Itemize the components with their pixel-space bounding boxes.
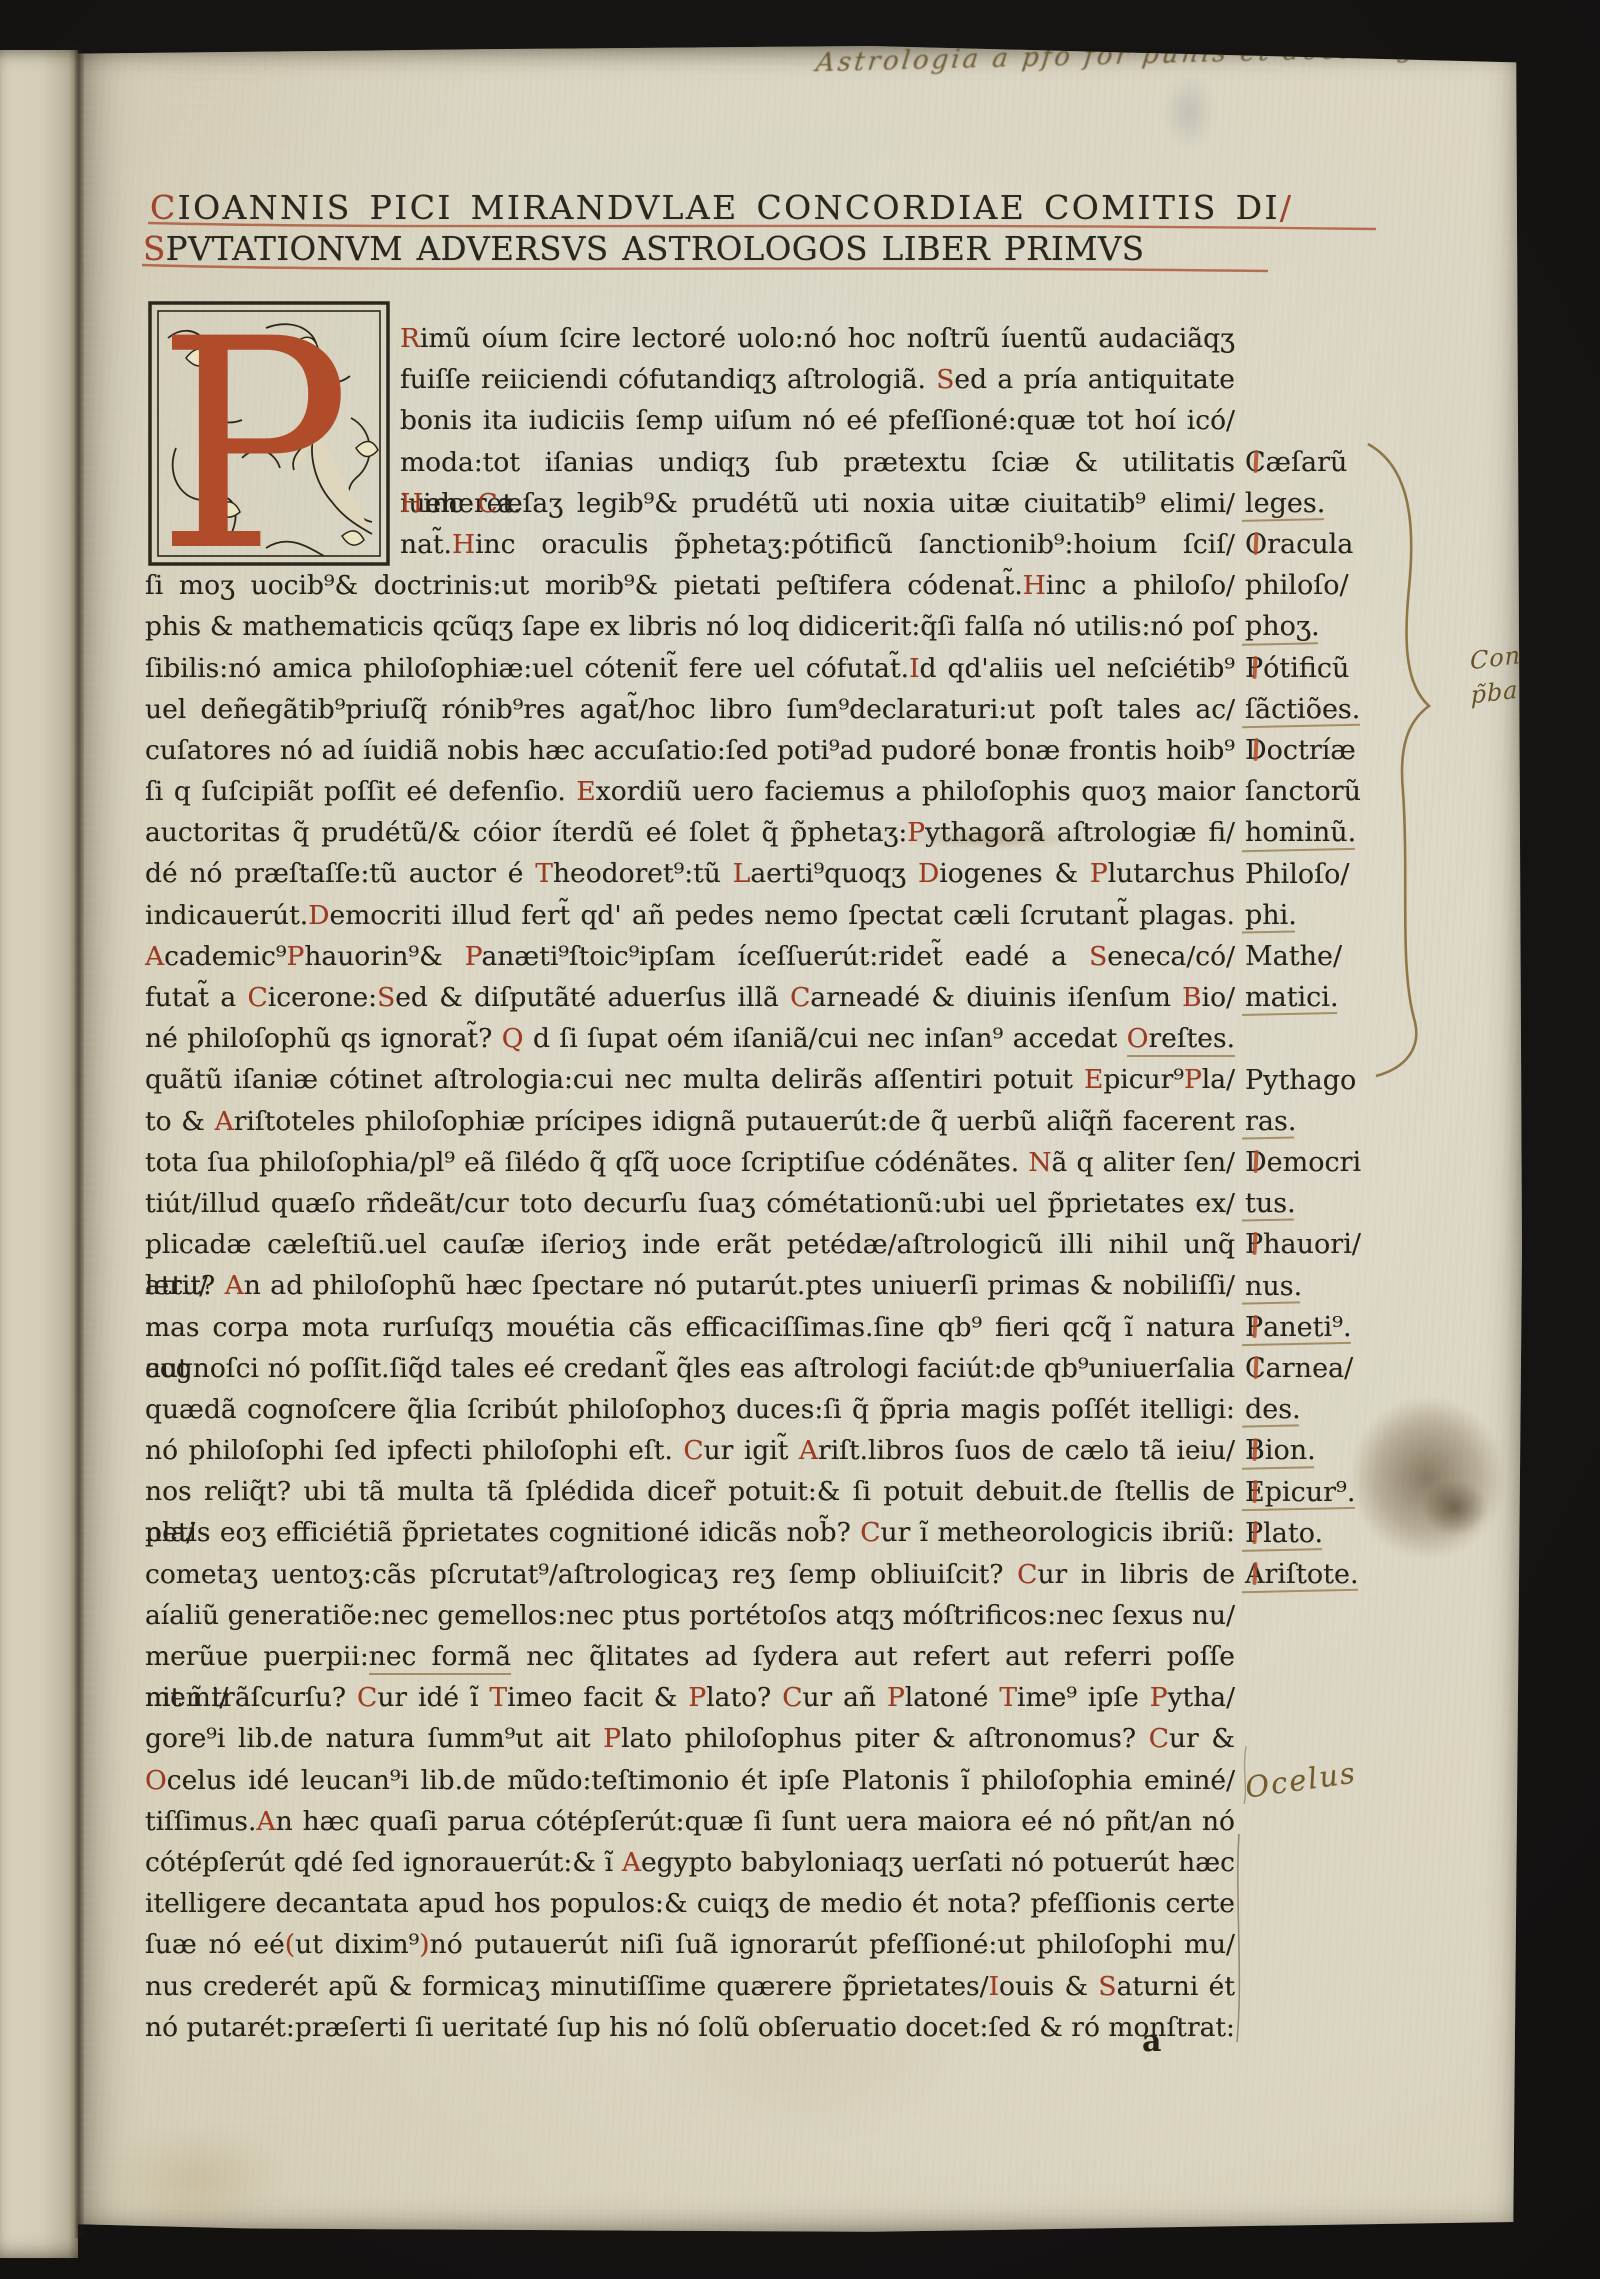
body-line: futat̃ a Cicerone:Sed & diſputãté aduerſ…: [145, 977, 1235, 1018]
book-page: Astrologia a pfo for punis et doct regou…: [76, 46, 1522, 2234]
body-line: Ocelus idé leucan⁹i lib.de mũdo:teſtimon…: [145, 1760, 1235, 1801]
margin-note: phi.: [1245, 895, 1297, 936]
body-line: plicadæ cæleſtiũ.uel cauſæ iſerioʒ inde …: [145, 1224, 1235, 1265]
body-line: nat̃.Hinc oraculis p̃phetaʒ:pótificũ ſan…: [400, 524, 1235, 565]
body-line: nos reliq̃t? ubi tã multa tã ſplédida di…: [145, 1471, 1235, 1512]
handwritten-margin-note: Ocelus: [1243, 1752, 1360, 1808]
body-line: fuiſſe reiiciendi cófutandiqʒ aſtrologiã…: [400, 359, 1235, 400]
margin-note: phoʒ.: [1245, 606, 1320, 647]
margin-notes: Cæſarũleges.Oraculaphiloſo/phoʒ.Pótificũ…: [1245, 318, 1522, 2118]
margin-note: Cæſarũ: [1245, 442, 1347, 483]
photograph-of-book: Astrologia a pfo for punis et doct regou…: [0, 0, 1600, 2279]
handwritten-inscription: Astrologia a pfo for punis et doct regou: [814, 32, 1497, 79]
body-line: nit ĩ trãſcurſu? Cur idé ĩ Timeo facit &…: [145, 1677, 1235, 1718]
body-line: quãtũ iſaniæ cótinet aſtrologia:cui nec …: [145, 1059, 1235, 1100]
handwritten-side-note: Confutã p̃bat̃ a: [1470, 632, 1574, 713]
foxing-stain: [102, 2096, 342, 2236]
margin-note: nus.: [1245, 1266, 1302, 1307]
title-line-2: SPVTATIONVM ADVERSVS ASTROLOGOS LIBER PR…: [143, 230, 1144, 268]
body-line: to & Ariſtoteles philoſophiæ prícipes id…: [145, 1101, 1235, 1142]
body-line: nó putarét:præſerti ſi ueritaté ſup his …: [145, 2007, 1235, 2048]
margin-note: ſanctorũ: [1245, 771, 1361, 812]
margin-note: leges.: [1245, 483, 1325, 524]
body-line: ſibilis:nó amica philoſophiæ:uel cótenit…: [145, 648, 1235, 689]
body-line: aíaliũ generatiõe:nec gemellos:nec ptus …: [145, 1595, 1235, 1636]
body-line: netis eoʒ efficiétiã p̃prietates cogniti…: [145, 1512, 1235, 1553]
reader-ink-stroke: [1237, 1834, 1239, 2042]
body-line: phis & mathematicis qcũqʒ ſape ex libris…: [145, 606, 1235, 647]
body-line: ſuæ nó eé(ut dixim⁹)nó putauerút niſi ſu…: [145, 1924, 1235, 1965]
body-line: auctoritas q̃ prudétũ/& cóior íterdũ eé …: [145, 812, 1235, 853]
margin-note: Ariſtote.: [1245, 1554, 1359, 1595]
gutter-crease: [74, 46, 84, 2238]
margin-note: tus.: [1245, 1183, 1296, 1224]
body-line: Academic⁹Phauorin⁹& Panæti⁹ſtoic⁹ipſam í…: [145, 936, 1235, 977]
margin-note: Bion.: [1245, 1430, 1316, 1471]
body-line: dé nó præſtaſſe:tũ auctor é Theodoret⁹:t…: [145, 853, 1235, 894]
margin-note: hominũ.: [1245, 812, 1356, 853]
margin-note: Doctríæ: [1245, 730, 1356, 771]
body-line: ſi q ſuſcipiãt poſſit eé defenſio. Exord…: [145, 771, 1235, 812]
margin-note: Plato.: [1245, 1513, 1323, 1554]
body-line: ſi moʒ uocib⁹& doctrinis:ut morib⁹& piet…: [145, 565, 1235, 606]
body-line: nus crederét apũ & formicaʒ minutiſſime …: [145, 1966, 1235, 2007]
body-line: cuſatores nó ad íuidiã nobis hæc accuſat…: [145, 730, 1235, 771]
margin-note: Pythago: [1245, 1060, 1356, 1101]
body-line: moda:tot iſanias undiqʒ ſub prætextu ſci…: [400, 442, 1235, 483]
body-line: bonis ita iudiciis ſemp uiſum nó eé pfeſ…: [400, 400, 1235, 441]
margin-note: Democri: [1245, 1142, 1361, 1183]
margin-note: des.: [1245, 1389, 1301, 1430]
margin-note: Paneti⁹.: [1245, 1307, 1352, 1348]
body-line: cometaʒ uentoʒ:cãs pſcrutat⁹/aſtrologica…: [145, 1554, 1235, 1595]
margin-note: Phauori/: [1245, 1224, 1361, 1265]
margin-note: ſãctiões.: [1245, 689, 1360, 730]
margin-note: matici.: [1245, 977, 1339, 1018]
body-line: indicauerút.Democriti illud fert̃ qd' añ…: [145, 895, 1235, 936]
body-line: tiſſimus.An hæc quaſi parua cótépſerút:q…: [145, 1801, 1235, 1842]
body-line: cótépſerút qdé ſed ignorauerút:& ĩ Aegyp…: [145, 1842, 1235, 1883]
body-line: quædã cognoſcere q̃lia ſcribút philoſoph…: [145, 1389, 1235, 1430]
blue-smudge: [1154, 62, 1224, 162]
margin-note: Mathe/: [1245, 936, 1342, 977]
body-line: itelligere decantata apud hos populos:& …: [145, 1883, 1235, 1924]
title-line-1: CIOANNIS PICI MIRANDVLAE CONCORDIAE COMI…: [150, 188, 1293, 227]
margin-note: Epicur⁹.: [1245, 1472, 1355, 1513]
body-line: cognoſci nó poſſit.ſiq̃d tales eé credan…: [145, 1348, 1235, 1389]
body-line: tiút/illud quæſo rñdeãt/cur toto decurſu…: [145, 1183, 1235, 1224]
margin-note: Philoſo/: [1245, 854, 1349, 895]
margin-note: ras.: [1245, 1101, 1296, 1142]
body-line: lerit? An ad philoſophũ hæc ſpectare nó …: [145, 1265, 1235, 1306]
text-block: Rimũ oíum ſcire lectoré uolo:nó hoc noſt…: [145, 318, 1235, 2048]
underlying-page-edge: [0, 50, 78, 2258]
margin-note: Pótificũ: [1245, 648, 1349, 689]
body-line: uel deñegãtib⁹priuſq̃ rónib⁹res agat̃/ho…: [145, 689, 1235, 730]
margin-note: philoſo/: [1245, 565, 1349, 606]
body-line: gore⁹i lib.de natura ſumm⁹ut ait Plato p…: [145, 1718, 1235, 1759]
body-line: né philoſophũ qs ignorat̃? Q d ſi ſupat …: [145, 1018, 1235, 1059]
margin-note: Oracula: [1245, 524, 1353, 565]
signature-mark: a: [1142, 2024, 1161, 2059]
body-line: tota ſua philoſophia/pl⁹ eã ſilédo q̃ qſ…: [145, 1142, 1235, 1183]
body-line: merũue puerpii:nec formã nec q̃litates a…: [145, 1636, 1235, 1677]
body-line: mas corpa mota rurſuſqʒ mouétia cãs effi…: [145, 1307, 1235, 1348]
body-line: nó philoſophi ſed ipfecti philoſophi eſt…: [145, 1430, 1235, 1471]
margin-note: Carnea/: [1245, 1348, 1353, 1389]
body-line: Hinc Cæſaʒ legib⁹& prudétũ uti noxia uit…: [400, 483, 1235, 524]
body-line: Rimũ oíum ſcire lectoré uolo:nó hoc noſt…: [400, 318, 1235, 359]
